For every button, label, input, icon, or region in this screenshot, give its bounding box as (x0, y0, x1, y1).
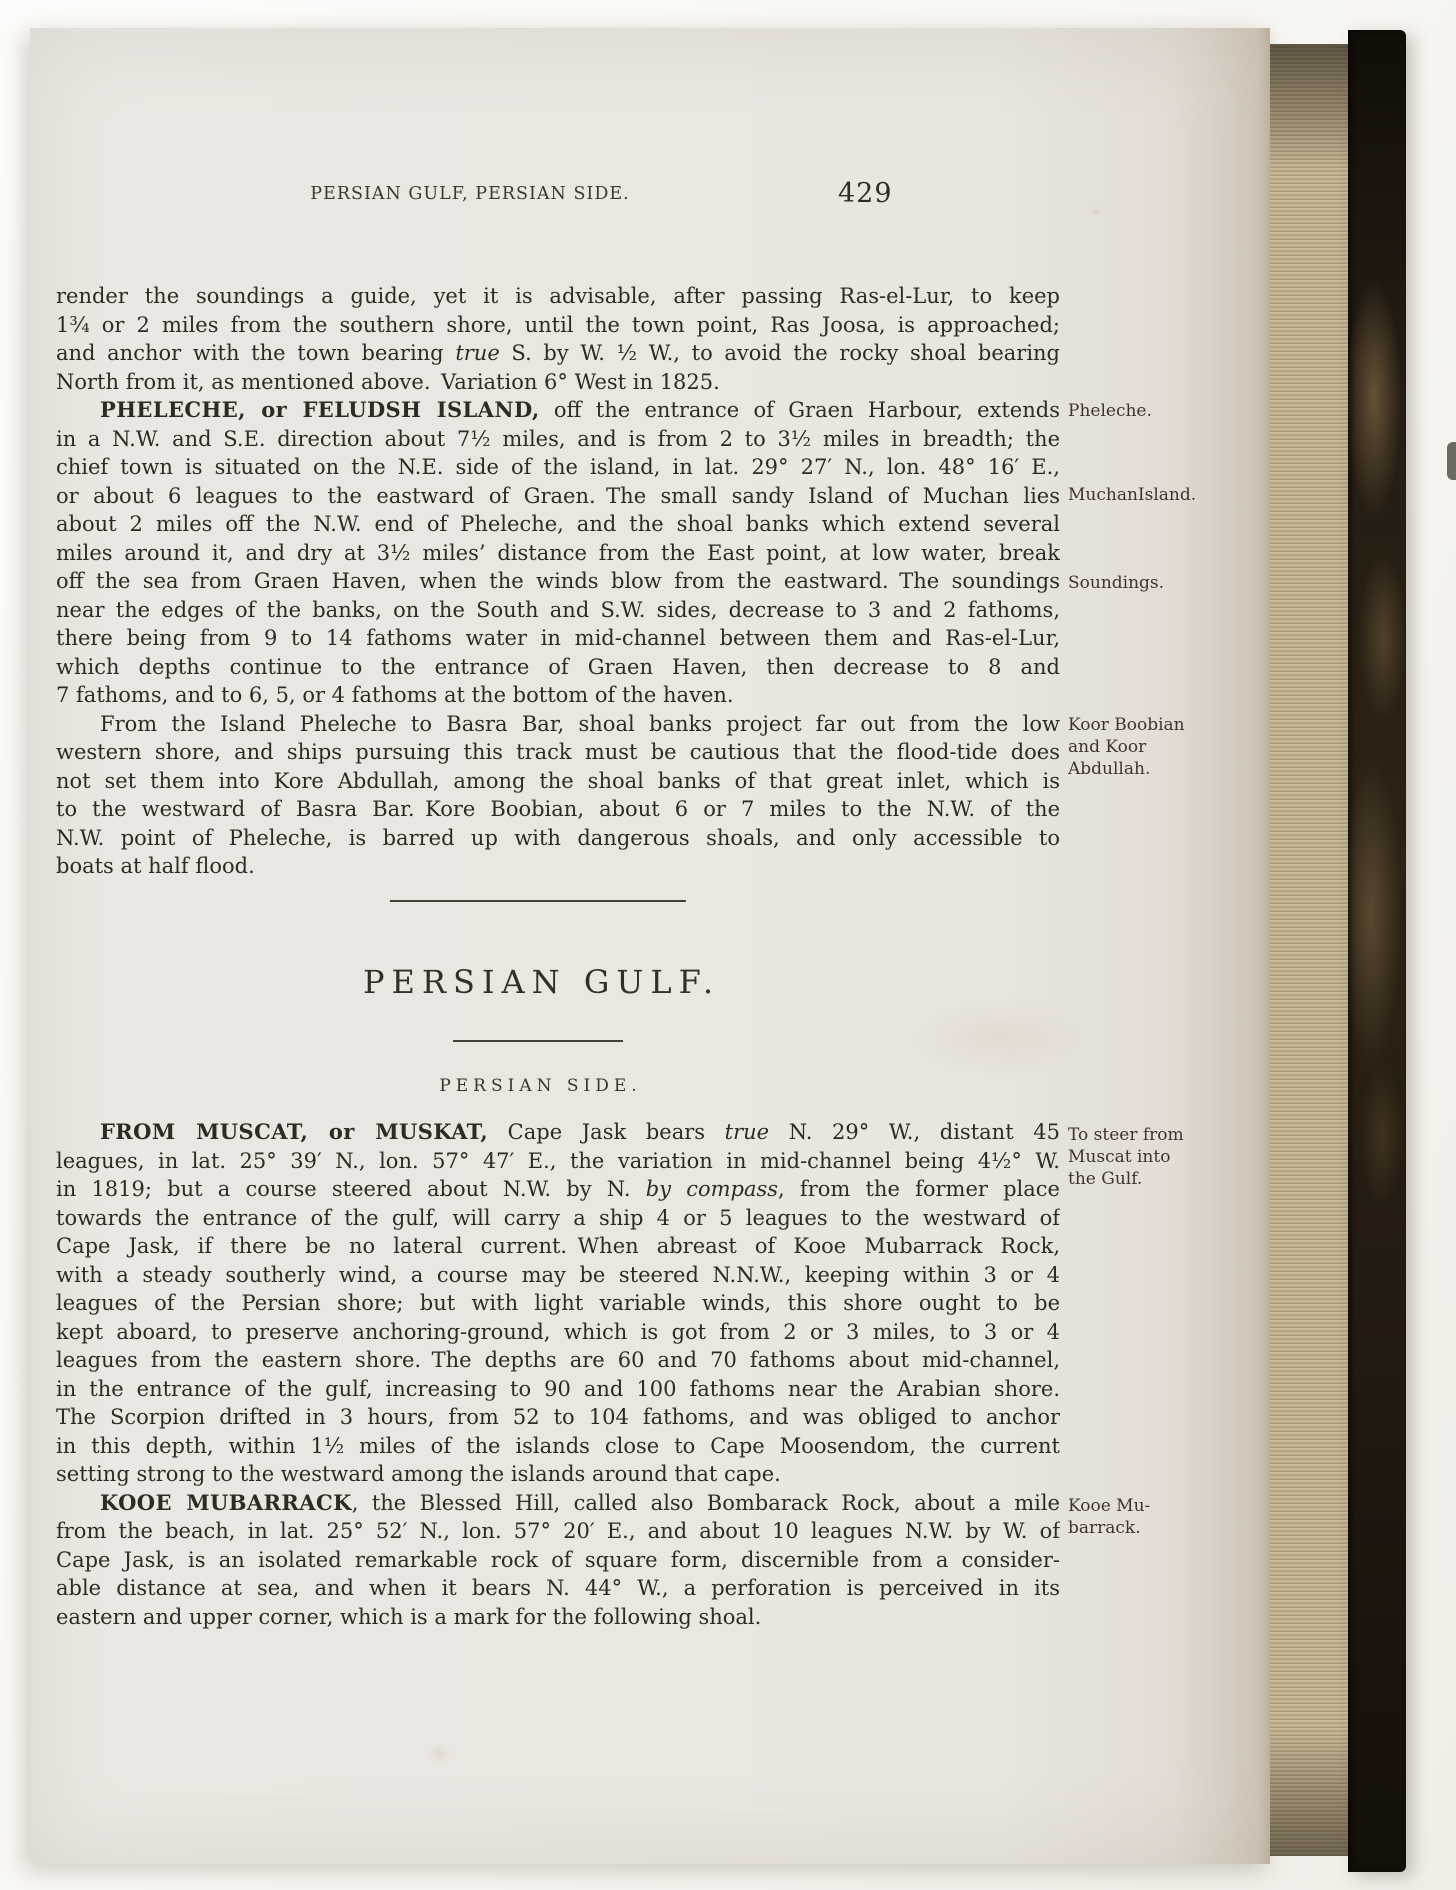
body-text: in 1819; but a course steered about N.W.… (56, 1177, 646, 1201)
text-line: boats at half flood. (56, 852, 1060, 881)
text-line: there being from 9 to 14 fathoms water i… (56, 624, 1060, 653)
body-text: 7 fathoms, and to 6, 5, or 4 fathoms at … (56, 683, 734, 707)
body-text: S. by W. ½ W., to avoid the rocky shoal … (500, 341, 1060, 365)
body-text: and anchor with the town bearing (56, 341, 455, 365)
italic-text: true (455, 341, 499, 365)
running-header: PERSIAN GULF, PERSIAN SIDE. (58, 184, 882, 204)
body-text: or about 6 leagues to the eastward of Gr… (56, 484, 1060, 508)
text-line: 1¾ or 2 miles from the southern shore, u… (56, 311, 1060, 340)
margin-note-line: Kooe Mu- (1068, 1495, 1233, 1517)
divider-rule-short (453, 1040, 623, 1042)
paragraph-from-muscat: FROM MUSCAT, or MUSKAT, Cape Jask bears … (56, 1118, 1060, 1489)
body-text: 1¾ or 2 miles from the southern shore, u… (56, 313, 1060, 337)
text-line: 7 fathoms, and to 6, 5, or 4 fathoms at … (56, 681, 1060, 710)
paragraph-continuation-soundings: render the soundings a guide, yet it is … (56, 282, 1060, 396)
body-text: in a N.W. and S.E. direction about 7½ mi… (56, 427, 1060, 451)
body-text: from the beach, in lat. 25° 52′ N., lon.… (56, 1519, 1060, 1543)
body-text: miles around it, and dry at 3½ miles’ di… (56, 541, 1060, 565)
body-text: in the entrance of the gulf, increasing … (56, 1377, 1060, 1401)
body-text: with a steady southerly wind, a course m… (56, 1263, 1060, 1287)
bold-lead-text: PHELECHE, or FELUDSH ISLAND, (100, 397, 540, 422)
text-line: off the sea from Graen Haven, when the w… (56, 567, 1060, 596)
body-text: The Scorpion drifted in 3 hours, from 52… (56, 1405, 1060, 1429)
body-text: in this depth, within 1½ miles of the is… (56, 1434, 1060, 1458)
text-line: N.W. point of Pheleche, is barred up wit… (56, 824, 1060, 853)
body-text: not set them into Kore Abdullah, among t… (56, 769, 1060, 793)
margin-note: Soundings. (1068, 572, 1233, 594)
body-text: to the westward of Basra Bar. Kore Boobi… (56, 797, 1060, 821)
text-line: not set them into Kore Abdullah, among t… (56, 767, 1060, 796)
paragraph-pheleche-island: PHELECHE, or FELUDSH ISLAND, off the ent… (56, 396, 1060, 710)
text-block-top: render the soundings a guide, yet it is … (56, 282, 1060, 881)
italic-text: by compass (646, 1177, 778, 1201)
margin-note-line: Muscat into (1068, 1146, 1233, 1168)
bold-lead-text: FROM MUSCAT, or MUSKAT, (100, 1119, 488, 1144)
text-line: From the Island Pheleche to Basra Bar, s… (56, 710, 1060, 739)
margin-note-line: Abdullah. (1068, 758, 1233, 780)
body-text: off the entrance of Graen Harbour, exten… (540, 398, 1060, 422)
text-line: or about 6 leagues to the eastward of Gr… (56, 482, 1060, 511)
paragraph-kooe-mubarrack: KOOE MUBARRACK, the Blessed Hill, called… (56, 1489, 1060, 1632)
text-line: eastern and upper corner, which is a mar… (56, 1603, 1060, 1632)
body-text: able distance at sea, and when it bears … (56, 1576, 1060, 1600)
body-text: kept aboard, to preserve anchoring-groun… (56, 1320, 1060, 1344)
body-text: which depths continue to the entrance of… (56, 655, 1060, 679)
margin-note: MuchanIsland. (1068, 484, 1233, 506)
text-line: Cape Jask, is an isolated remarkable roc… (56, 1546, 1060, 1575)
text-line: near the edges of the banks, on the Sout… (56, 596, 1060, 625)
body-text: off the sea from Graen Haven, when the w… (56, 569, 1060, 593)
body-text: boats at half flood. (56, 854, 255, 878)
book-cover (1348, 30, 1406, 1872)
body-text: leagues of the Persian shore; but with l… (56, 1291, 1060, 1315)
text-line: and anchor with the town bearing true S.… (56, 339, 1060, 368)
body-text: western shore, and ships pursuing this t… (56, 740, 1060, 764)
text-line: about 2 miles off the N.W. end of Phelec… (56, 510, 1060, 539)
text-line: chief town is situated on the N.E. side … (56, 453, 1060, 482)
body-text: leagues, in lat. 25° 39′ N., lon. 57° 47… (56, 1149, 1060, 1173)
text-line: western shore, and ships pursuing this t… (56, 738, 1060, 767)
text-line: to the westward of Basra Bar. Kore Boobi… (56, 795, 1060, 824)
body-text: render the soundings a guide, yet it is … (56, 284, 1060, 308)
body-text: chief town is situated on the N.E. side … (56, 455, 1060, 479)
text-line: from the beach, in lat. 25° 52′ N., lon.… (56, 1517, 1060, 1546)
text-line: in 1819; but a course steered about N.W.… (56, 1175, 1060, 1204)
text-line: The Scorpion drifted in 3 hours, from 52… (56, 1403, 1060, 1432)
body-text: eastern and upper corner, which is a mar… (56, 1605, 761, 1629)
body-text: setting strong to the westward among the… (56, 1462, 781, 1486)
bold-lead-text: KOOE MUBARRACK (100, 1490, 352, 1515)
margin-note: Kooe Mu-barrack. (1068, 1495, 1233, 1539)
body-text: From the Island Pheleche to Basra Bar, s… (100, 712, 1060, 736)
text-line: North from it, as mentioned above. Varia… (56, 368, 1060, 397)
text-line: leagues of the Persian shore; but with l… (56, 1289, 1060, 1318)
text-line: Cape Jask, if there be no lateral curren… (56, 1232, 1060, 1261)
text-line: towards the entrance of the gulf, will c… (56, 1204, 1060, 1233)
book-photograph: PERSIAN GULF, PERSIAN SIDE. 429 render t… (0, 0, 1456, 1890)
margin-note-line: MuchanIsland. (1068, 484, 1233, 506)
text-line: leagues, in lat. 25° 39′ N., lon. 57° 47… (56, 1147, 1060, 1176)
margin-note-line: and Koor (1068, 736, 1233, 758)
text-block-bottom: FROM MUSCAT, or MUSKAT, Cape Jask bears … (56, 1118, 1060, 1631)
text-line: which depths continue to the entrance of… (56, 653, 1060, 682)
section-title: PERSIAN GULF. (58, 962, 1018, 1002)
body-text: Cape Jask bears (488, 1120, 725, 1144)
body-text: Cape Jask, if there be no lateral curren… (56, 1234, 1060, 1258)
margin-note-line: Koor Boobian (1068, 714, 1233, 736)
body-text: about 2 miles off the N.W. end of Phelec… (56, 512, 1060, 536)
margin-note: Pheleche. (1068, 400, 1233, 422)
text-line: miles around it, and dry at 3½ miles’ di… (56, 539, 1060, 568)
margin-note-line: Pheleche. (1068, 400, 1233, 422)
body-text: near the edges of the banks, on the Sout… (56, 598, 1060, 622)
section-divider: PERSIAN GULF. PERSIAN SIDE. (58, 900, 1018, 1098)
book-page-edges (1270, 44, 1348, 1856)
page-number: 429 (838, 178, 893, 209)
margin-note-line: barrack. (1068, 1517, 1233, 1539)
text-line: in a N.W. and S.E. direction about 7½ mi… (56, 425, 1060, 454)
margin-note: Koor Boobianand KoorAbdullah. (1068, 714, 1233, 780)
photo-edge-artifact (1447, 442, 1456, 480)
text-line: kept aboard, to preserve anchoring-groun… (56, 1318, 1060, 1347)
margin-note-line: the Gulf. (1068, 1168, 1233, 1190)
body-text: N. 29° W., distant 45 (769, 1120, 1060, 1144)
section-subtitle: PERSIAN SIDE. (58, 1074, 1018, 1098)
text-line: in the entrance of the gulf, increasing … (56, 1375, 1060, 1404)
text-line: KOOE MUBARRACK, the Blessed Hill, called… (56, 1489, 1060, 1518)
margin-note-line: Soundings. (1068, 572, 1233, 594)
text-line: in this depth, within 1½ miles of the is… (56, 1432, 1060, 1461)
body-text: North from it, as mentioned above. Varia… (56, 370, 720, 394)
divider-rule (390, 900, 686, 902)
body-text: towards the entrance of the gulf, will c… (56, 1206, 1060, 1230)
text-line: PHELECHE, or FELUDSH ISLAND, off the ent… (56, 396, 1060, 425)
body-text: N.W. point of Pheleche, is barred up wit… (56, 826, 1060, 850)
text-line: leagues from the eastern shore. The dept… (56, 1346, 1060, 1375)
paragraph-pheleche-to-basra-bar: From the Island Pheleche to Basra Bar, s… (56, 710, 1060, 881)
italic-text: true (725, 1120, 769, 1144)
text-line: with a steady southerly wind, a course m… (56, 1261, 1060, 1290)
body-text: there being from 9 to 14 fathoms water i… (56, 626, 1060, 650)
margin-note: To steer fromMuscat intothe Gulf. (1068, 1124, 1233, 1190)
text-line: render the soundings a guide, yet it is … (56, 282, 1060, 311)
body-text: , from the former place (778, 1177, 1060, 1201)
body-text: leagues from the eastern shore. The dept… (56, 1348, 1060, 1372)
body-text: Cape Jask, is an isolated remarkable roc… (56, 1548, 1060, 1572)
body-text: , the Blessed Hill, called also Bombarac… (352, 1491, 1060, 1515)
book-page: PERSIAN GULF, PERSIAN SIDE. 429 render t… (30, 28, 1270, 1864)
text-line: FROM MUSCAT, or MUSKAT, Cape Jask bears … (56, 1118, 1060, 1147)
margin-note-line: To steer from (1068, 1124, 1233, 1146)
text-line: setting strong to the westward among the… (56, 1460, 1060, 1489)
text-line: able distance at sea, and when it bears … (56, 1574, 1060, 1603)
